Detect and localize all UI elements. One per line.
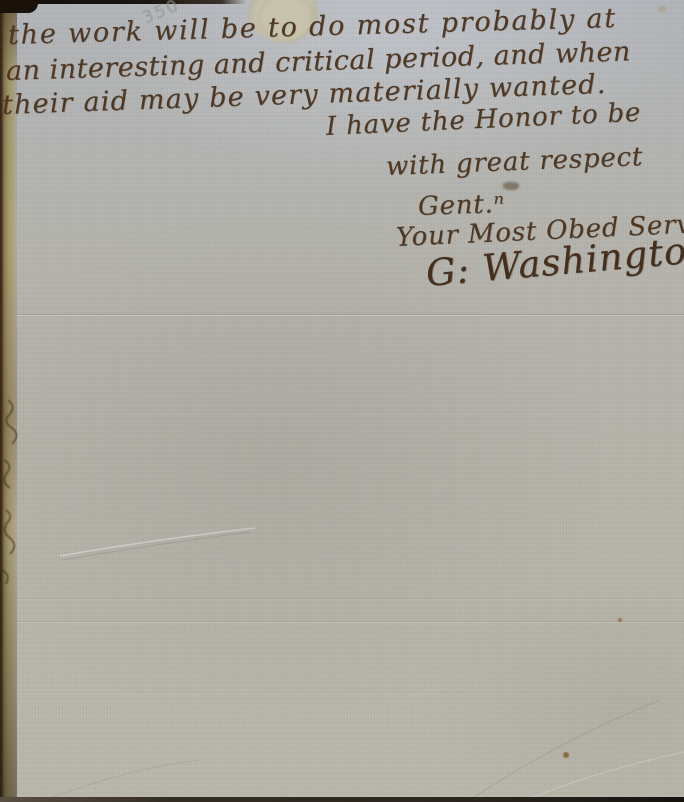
foxing-spot [563, 752, 569, 758]
fold-line [14, 621, 684, 623]
foxing-spot [658, 6, 666, 12]
ink-smudge [503, 182, 519, 190]
scan-edge-bottom [0, 797, 684, 802]
foxing-spot [618, 618, 622, 622]
closing-line-gent: Gent.ⁿ [417, 189, 505, 222]
fold-line [14, 692, 684, 694]
fold-line [14, 314, 684, 316]
scan-edge-top-left-corner [0, 0, 38, 13]
fold-line [14, 598, 684, 600]
fold-line [14, 412, 684, 414]
closing-line-respect: with great respect [385, 142, 643, 182]
letter-scan: 350 the work will be to do most probably… [0, 0, 684, 802]
